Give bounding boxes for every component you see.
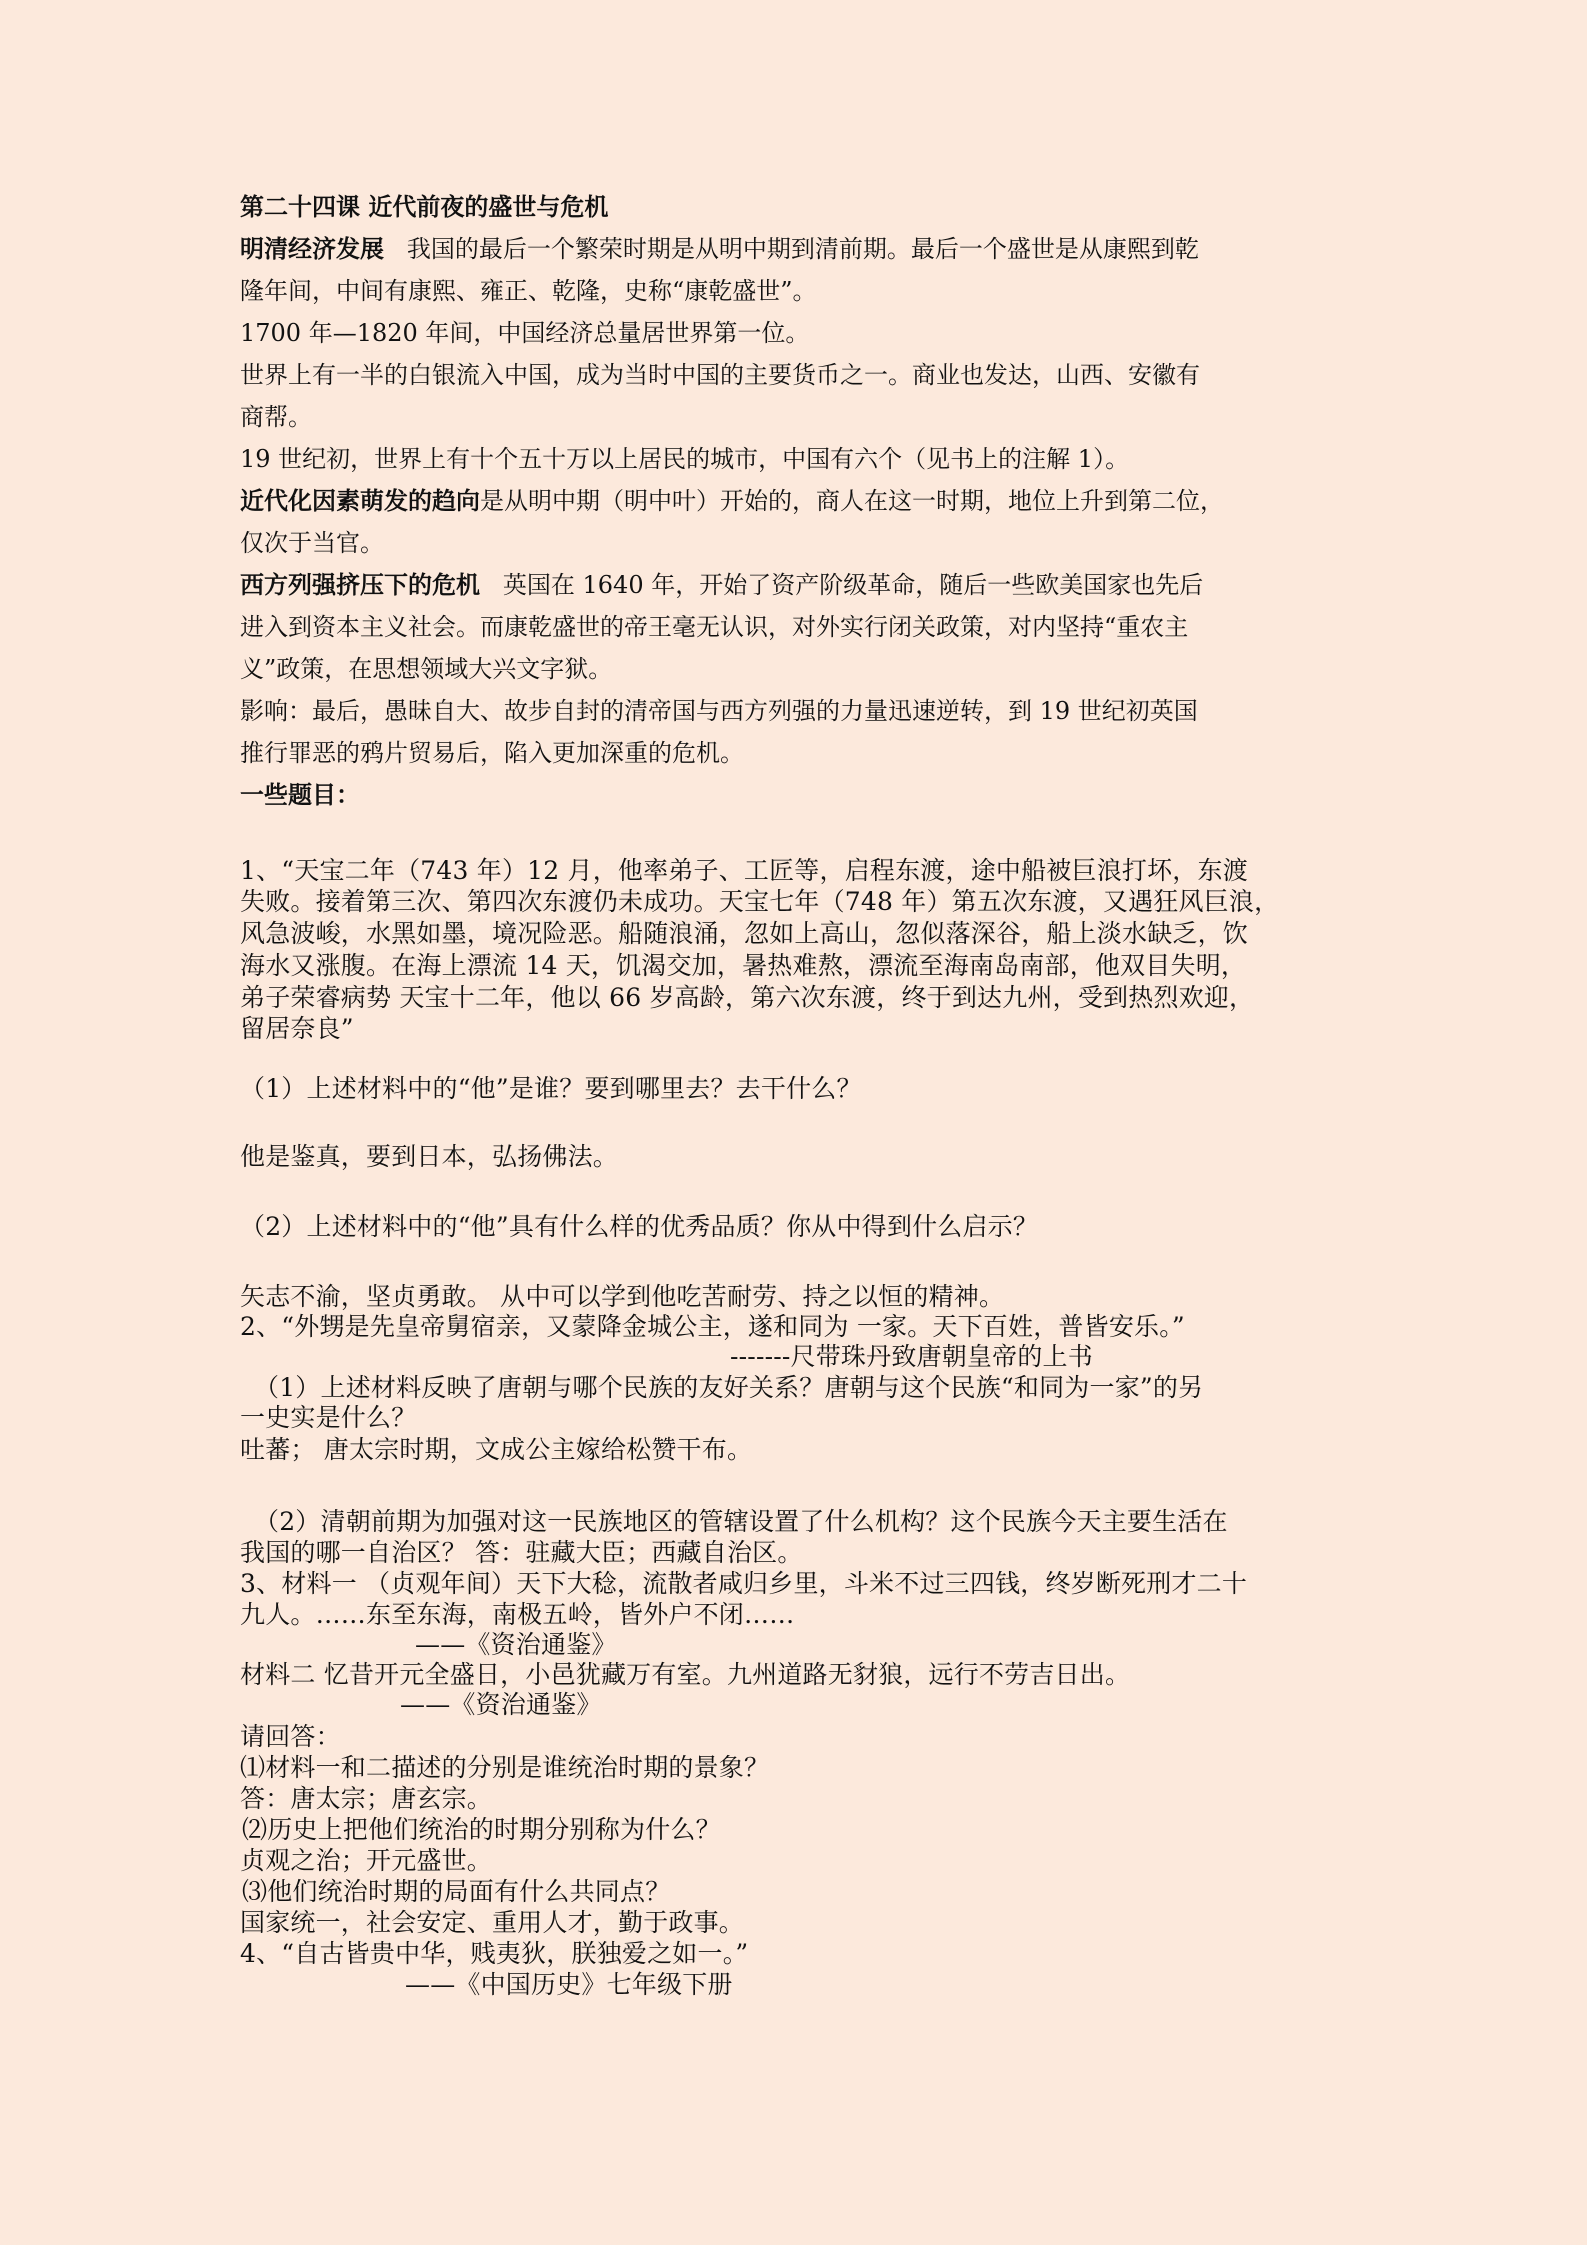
q1-line: 1、“天宝二年（743 年）12 月，他率弟子、工匠等，启程东渡，途中船被巨浪打…	[240, 856, 1248, 886]
q2-sub1-question-cont: 一史实是什么？	[240, 1403, 416, 1433]
paragraph-text: 我国的最后一个繁荣时期是从明中期到清前期。最后一个盛世是从康熙到乾	[407, 235, 1199, 263]
q2-source: -------尺带珠丹致唐朝皇帝的上书	[730, 1342, 1093, 1372]
q2-sub2-question: （2）清朝前期为加强对这一民族地区的管辖设置了什么机构？这个民族今天主要生活在	[254, 1507, 1228, 1537]
section-heading: 近代化因素萌发的趋向	[240, 487, 480, 515]
q1-sub1-answer: 他是鉴真，要到日本，弘扬佛法。	[240, 1142, 618, 1172]
q4-source: ——《中国历史》七年级下册	[405, 1970, 733, 2000]
lesson-title: 第二十四课 近代前夜的盛世与危机	[240, 192, 608, 222]
q3-sub1-answer: 答：唐太宗；唐玄宗。	[240, 1784, 492, 1814]
paragraph-text: 推行罪恶的鸦片贸易后，陷入更加深重的危机。	[240, 738, 744, 768]
q3-sub3-question: ⑶他们统治时期的局面有什么共同点？	[242, 1877, 670, 1907]
paragraph-text: 义”政策，在思想领域大兴文字狱。	[240, 654, 612, 684]
q1-sub2-answer: 矢志不渝，坚贞勇敢。 从中可以学到他吃苦耐劳、持之以恒的精神。	[240, 1282, 1004, 1312]
paragraph-text: 进入到资本主义社会。而康乾盛世的帝王毫无认识，对外实行闭关政策，对内坚持“重农主	[240, 612, 1188, 642]
paragraph-text: 隆年间，中间有康熙、雍正、乾隆，史称“康乾盛世”。	[240, 276, 817, 306]
q4-quote: 4、“自古皆贵中华，贱夷狄，朕独爱之如一。”	[240, 1939, 748, 1969]
paragraph-text: 是从明中期（明中叶）开始的，商人在这一时期，地位上升到第二位，	[480, 487, 1224, 515]
q2-sub1-answer: 吐蕃； 唐太宗时期，文成公主嫁给松赞干布。	[240, 1435, 752, 1465]
q3-sub2-answer: 贞观之治；开元盛世。	[240, 1846, 492, 1876]
section-heading: 明清经济发展	[240, 235, 384, 263]
q3-material1: 3、材料一 （贞观年间）天下大稔，流散者咸归乡里，斗米不过三四钱，终岁断死刑才二…	[240, 1569, 1247, 1599]
q3-material2-source: ——《资治通鉴》	[400, 1690, 602, 1720]
q2-sub1-question: （1）上述材料反映了唐朝与哪个民族的友好关系？唐朝与这个民族“和同为一家”的另	[254, 1373, 1203, 1403]
paragraph-text: 仅次于当官。	[240, 528, 384, 558]
paragraph-text: 世界上有一半的白银流入中国，成为当时中国的主要货币之一。商业也发达，山西、安徽有	[240, 360, 1200, 390]
paragraph-text: 19 世纪初，世界上有十个五十万以上居民的城市，中国有六个（见书上的注解 1）。	[240, 444, 1129, 474]
q2-sub2-question-cont: 我国的哪一自治区？ 答：驻藏大臣；西藏自治区。	[240, 1538, 803, 1568]
q3-material1-cont: 九人。……东至东海，南极五岭，皆外户不闭……	[240, 1600, 794, 1630]
q1-sub1-question: （1）上述材料中的“他”是谁？要到哪里去？去干什么？	[240, 1074, 862, 1104]
paragraph-text: 1700 年—1820 年间，中国经济总量居世界第一位。	[240, 318, 809, 348]
paragraph-text: 商帮。	[240, 402, 312, 432]
q3-material1-source: ——《资治通鉴》	[415, 1630, 617, 1660]
q1-sub2-question: （2）上述材料中的“他”具有什么样的优秀品质？你从中得到什么启示？	[240, 1212, 1038, 1242]
q1-line: 风急波峻，水黑如墨，境况险恶。船随浪涌，忽如上高山，忽似落深谷，船上淡水缺乏，饮	[240, 919, 1248, 949]
paragraph-modernization: 近代化因素萌发的趋向是从明中期（明中叶）开始的，商人在这一时期，地位上升到第二位…	[240, 486, 1224, 516]
q3-sub2-question: ⑵历史上把他们统治的时期分别称为什么？	[242, 1815, 721, 1845]
paragraph-text: 影响：最后，愚昧自大、故步自封的清帝国与西方列强的力量迅速逆转，到 19 世纪初…	[240, 696, 1198, 726]
q1-line: 海水又涨腹。在海上漂流 14 天，饥渴交加，暑热难熬，漂流至海南岛南部，他双目失…	[240, 951, 1246, 981]
q1-line: 弟子荣睿病势 天宝十二年，他以 66 岁高龄，第六次东渡，终于到达九州，受到热烈…	[240, 983, 1254, 1013]
section-heading: 西方列强挤压下的危机	[240, 571, 480, 599]
q1-line: 留居奈良”	[240, 1014, 354, 1044]
paragraph-text: 英国在 1640 年，开始了资产阶级革命，随后一些欧美国家也先后	[503, 571, 1203, 599]
questions-heading: 一些题目：	[240, 780, 360, 810]
q3-sub3-answer: 国家统一，社会安定、重用人才，勤于政事。	[240, 1908, 744, 1938]
q3-prompt: 请回答：	[240, 1722, 341, 1752]
q3-material2: 材料二 忆昔开元全盛日，小邑犹藏万有室。九州道路无豺狼，远行不劳吉日出。	[240, 1660, 1130, 1690]
paragraph-western-powers: 西方列强挤压下的危机 英国在 1640 年，开始了资产阶级革命，随后一些欧美国家…	[240, 570, 1203, 600]
paragraph-ming-qing-economy: 明清经济发展 我国的最后一个繁荣时期是从明中期到清前期。最后一个盛世是从康熙到乾	[240, 234, 1199, 264]
q2-quote: 2、“外甥是先皇帝舅宿亲，又蒙降金城公主，遂和同为 一家。天下百姓，普皆安乐。”	[240, 1312, 1185, 1342]
q1-line: 失败。接着第三次、第四次东渡仍未成功。天宝七年（748 年）第五次东渡，又遇狂风…	[240, 887, 1279, 917]
q3-sub1-question: ⑴材料一和二描述的分别是谁统治时期的景象？	[240, 1753, 769, 1783]
